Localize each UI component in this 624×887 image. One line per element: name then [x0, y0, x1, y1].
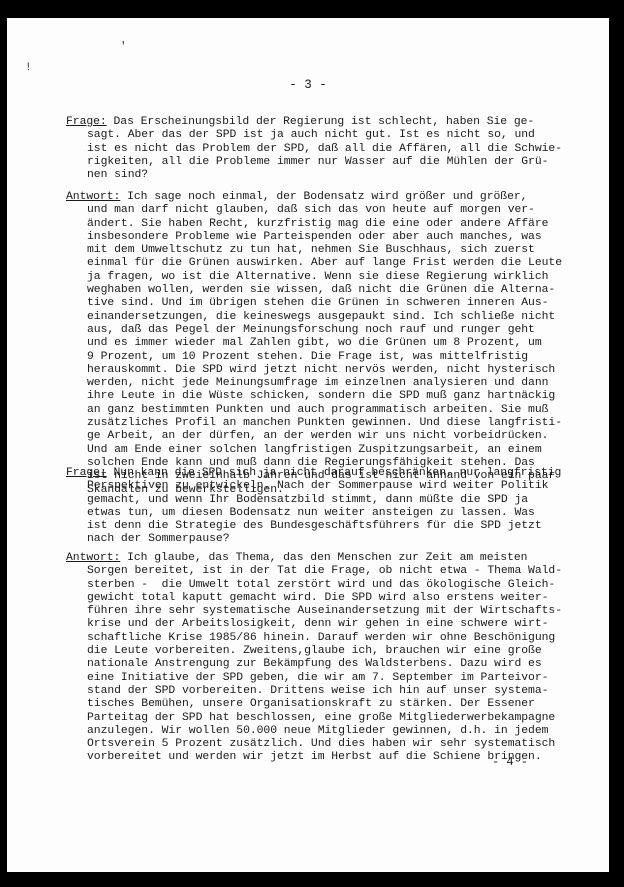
text-line: die Leute vorbereiten. Zweitens,glaube i… — [66, 645, 586, 658]
speaker-label: Frage: — [66, 467, 107, 479]
text-line: sterben - die Umwelt total zerstört wird… — [66, 579, 586, 592]
text-line: an ganz bestimmten Punkten und auch prog… — [66, 404, 586, 417]
text-line: Perspektiven zu entwickeln. Nach der Som… — [66, 480, 586, 493]
text-line: Und am Ende einer solchen langfristigen … — [66, 444, 586, 457]
text-line: ist denn die Strategie des Bundesgeschäf… — [66, 520, 586, 533]
text-line: tisches Bemühen, unsere Organisationskra… — [66, 698, 586, 711]
stray-mark: ' — [120, 41, 127, 53]
text-line: anzulegen. Wir wollen 50.000 neue Mitgli… — [66, 725, 586, 738]
speaker-label: Antwort: — [66, 552, 120, 564]
text-line: Das Erscheinungsbild der Regierung ist s… — [107, 116, 535, 128]
answer-block: Antwort: Ich glaube, das Thema, das den … — [66, 552, 586, 765]
text-line: krise und der Arbeitslosigkeit, denn wir… — [66, 618, 586, 631]
next-page-marker: - 4 - — [492, 755, 528, 769]
text-line: ihre Leute in die Wüste schicken, sonder… — [66, 390, 586, 403]
text-line: eine Initiative der SPD geben, die wir a… — [66, 672, 586, 685]
text-line: herauskommt. Die SPD wird jetzt nicht ne… — [66, 364, 586, 377]
question-block: Frage: Nun kann die SPD sich ja nicht da… — [66, 467, 586, 547]
text-line: insbesondere Probleme wie Parteispenden … — [66, 231, 586, 244]
text-line: Nun kann die SPD sich ja nicht darauf be… — [107, 467, 562, 479]
text-line: tive sind. Und im übrigen stehen die Grü… — [66, 297, 586, 310]
text-line: werden, nicht jede Meinungsumfrage im ei… — [66, 377, 586, 390]
text-line: nen sind? — [66, 169, 586, 182]
text-line: nach der Sommerpause? — [66, 533, 586, 546]
text-line: Ich sage noch einmal, der Bodensatz wird… — [120, 191, 527, 203]
text-line: schaftliche Krise 1985/86 hinein. Darauf… — [66, 632, 586, 645]
text-line: gewicht total kaputt gemacht wird. Die S… — [66, 592, 586, 605]
text-line: einandersetzungen, die keineswegs ausgep… — [66, 311, 586, 324]
text-line: und man darf nicht glauben, daß sich das… — [66, 204, 586, 217]
text-line: etwas tun, um diesen Bodensatz nun weite… — [66, 507, 586, 520]
text-line: Parteitag der SPD hat beschlossen, eine … — [66, 712, 586, 725]
text-line: führen ihre sehr systematische Auseinand… — [66, 605, 586, 618]
text-line: ja fragen, wo ist die Alternative. Wenn … — [66, 271, 586, 284]
text-line: stand der SPD vorbereiten. Drittens weis… — [66, 685, 586, 698]
text-line: und es immer wieder mal Zahlen gibt, wo … — [66, 337, 586, 350]
text-line: zusätzliches Profil an manchen Punkten g… — [66, 417, 586, 430]
text-line: sagt. Aber das der SPD ist ja auch nicht… — [66, 129, 586, 142]
page-number: - 3 - — [7, 78, 609, 92]
question-block: Frage: Das Erscheinungsbild der Regierun… — [66, 116, 586, 182]
text-line: Ich glaube, das Thema, das den Menschen … — [120, 552, 527, 564]
text-line: ändert. Sie haben Recht, kurzfristig mag… — [66, 218, 586, 231]
text-line: mit dem Umweltschutz zu tun hat, nehmen … — [66, 244, 586, 257]
document-page: ' ! - 3 - Frage: Das Erscheinungsbild de… — [7, 18, 609, 872]
text-line: rigkeiten, all die Probleme immer nur Wa… — [66, 156, 586, 169]
text-line: gemacht, und wenn Ihr Bodensatzbild stim… — [66, 494, 586, 507]
text-line: einmal für die Grünen auswirken. Aber au… — [66, 257, 586, 270]
text-line: ge Arbeit, an der dürfen, an der werden … — [66, 430, 586, 443]
text-line: 9 Prozent, um 10 Prozent stehen. Die Fra… — [66, 351, 586, 364]
stray-mark: ! — [25, 62, 32, 74]
answer-block: Antwort: Ich sage noch einmal, der Boden… — [66, 191, 586, 497]
text-line: nationale Anstrengung zur Bekämpfung des… — [66, 658, 586, 671]
speaker-label: Frage: — [66, 116, 107, 128]
text-line: ist es nicht das Problem der SPD, daß al… — [66, 143, 586, 156]
speaker-label: Antwort: — [66, 191, 120, 203]
text-line: weghaben wollen, werden sie wissen, daß … — [66, 284, 586, 297]
text-line: Sorgen bereitet, ist in der Tat die Frag… — [66, 565, 586, 578]
text-line: Ortsverein 5 Prozent zusätzlich. Und die… — [66, 738, 586, 751]
text-line: aus, daß das Pegel der Meinungsforschung… — [66, 324, 586, 337]
